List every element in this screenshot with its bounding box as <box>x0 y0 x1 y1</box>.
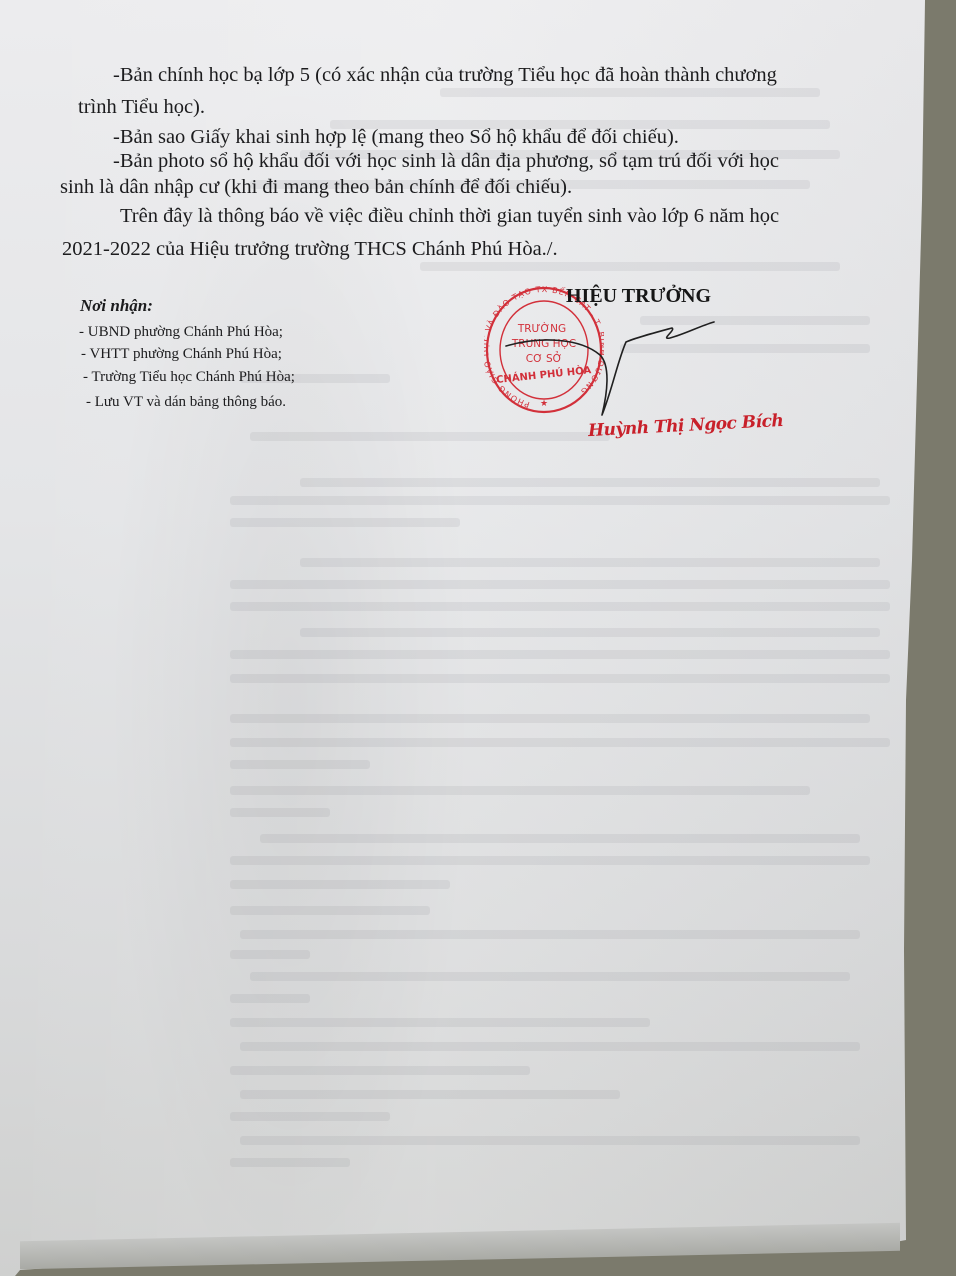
recipients-title: Nơi nhận: <box>80 296 153 316</box>
recipient-item: - Trường Tiểu học Chánh Phú Hòa; <box>83 369 295 386</box>
recipient-item: - VHTT phường Chánh Phú Hòa; <box>81 346 282 363</box>
body-line-1: -Bản chính học bạ lớp 5 (có xác nhận của… <box>113 64 777 87</box>
body-line-3: -Bản sao Giấy khai sinh hợp lệ (mang the… <box>113 126 679 149</box>
recipient-item: - Lưu VT và dán bảng thông báo. <box>86 394 286 411</box>
body-line-2: trình Tiểu học). <box>78 96 205 119</box>
signer-role: HIỆU TRƯỞNG <box>566 285 711 308</box>
body-line-5: sinh là dân nhập cư (khi đi mang theo bả… <box>60 176 572 199</box>
recipient-item: - UBND phường Chánh Phú Hòa; <box>79 324 283 341</box>
body-line-6: Trên đây là thông báo về việc điều chỉnh… <box>120 205 779 228</box>
paper-sheet: -Bản chính học bạ lớp 5 (có xác nhận của… <box>0 0 956 1276</box>
handwritten-signature <box>500 310 730 430</box>
body-line-7: 2021-2022 của Hiệu trưởng trường THCS Ch… <box>62 238 558 261</box>
body-line-4: -Bản photo sổ hộ khẩu đối với học sinh l… <box>113 150 779 173</box>
